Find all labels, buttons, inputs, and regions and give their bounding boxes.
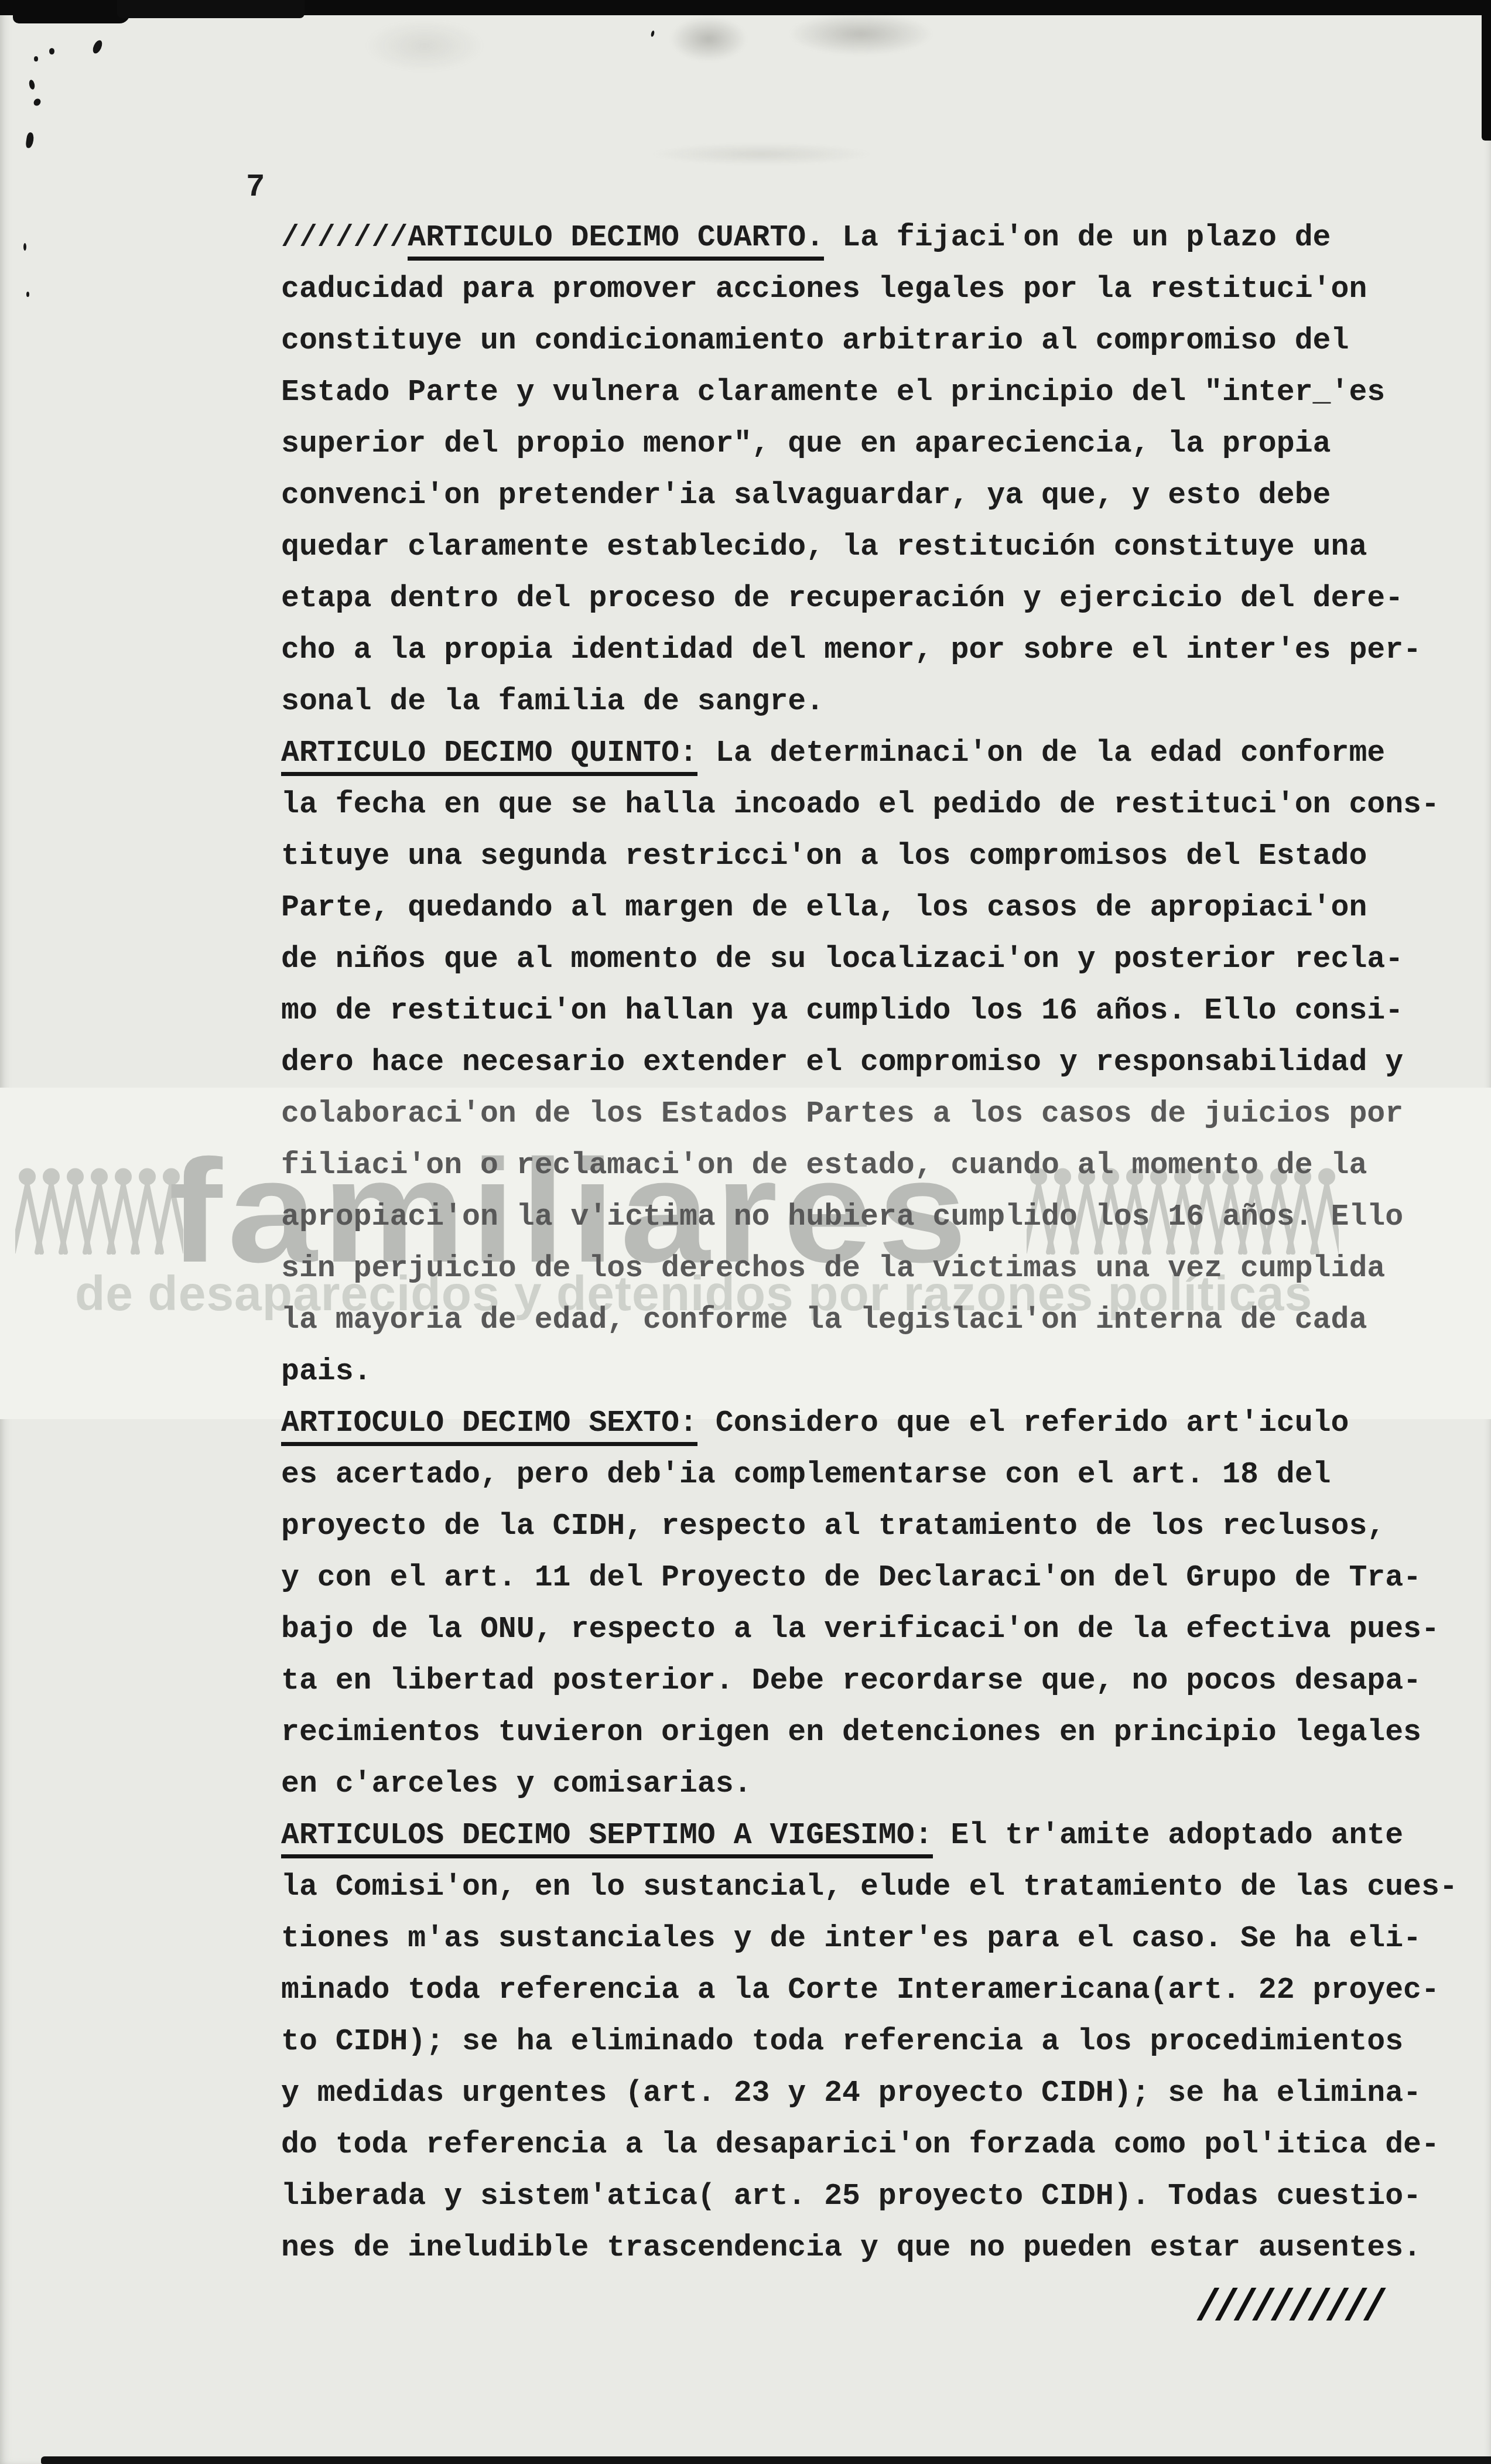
line-text: de niños que al momento de su localizaci… <box>281 942 1403 976</box>
scan-edge-top-blob <box>117 0 305 18</box>
document-line: proyecto de la CIDH, respecto al tratami… <box>281 1501 1482 1552</box>
document-line: de niños que al momento de su localizaci… <box>281 934 1482 985</box>
document-line: convenci'on pretender'ia salvaguardar, y… <box>281 470 1482 521</box>
document-line: dero hace necesario extender el compromi… <box>281 1037 1482 1088</box>
line-text: do toda referencia a la desaparici'on fo… <box>281 2128 1439 2162</box>
line-text: constituye un condicionamiento arbitrari… <box>281 324 1349 358</box>
document-line: etapa dentro del proceso de recuperación… <box>281 573 1482 624</box>
line-text: proyecto de la CIDH, respecto al tratami… <box>281 1509 1385 1543</box>
document-line: cho a la propia identidad del menor, por… <box>281 624 1482 676</box>
scan-smudge <box>346 11 504 81</box>
line-text: y medidas urgentes (art. 23 y 24 proyect… <box>281 2076 1421 2110</box>
line-text: convenci'on pretender'ia salvaguardar, y… <box>281 479 1331 512</box>
document-line: la fecha en que se halla incoado el pedi… <box>281 779 1482 831</box>
line-text: sin perjuicio de los derechos de la vict… <box>281 1252 1385 1286</box>
ink-speck <box>32 97 42 107</box>
document-line: ARTIOCULO DECIMO SEXTO: Considero que el… <box>281 1397 1482 1449</box>
line-text: Parte, quedando al margen de ella, los c… <box>281 891 1367 925</box>
document-line: ARTICULO DECIMO QUINTO: La determinaci'o… <box>281 727 1482 779</box>
line-text: dero hace necesario extender el compromi… <box>281 1045 1403 1079</box>
ink-speck <box>26 292 29 297</box>
scan-smudge <box>615 139 908 169</box>
line-text: Estado Parte y vulnera claramente el pri… <box>281 375 1385 409</box>
line-text: to CIDH); se ha eliminado toda referenci… <box>281 2025 1403 2059</box>
line-text: la Comisi'on, en lo sustancial, elude el… <box>281 1870 1458 1904</box>
line-text: superior del propio menor", que en apare… <box>281 427 1331 461</box>
document-line: liberada y sistem'atica( art. 25 proyect… <box>281 2171 1482 2222</box>
document-line: recimientos tuvieron origen en detencion… <box>281 1707 1482 1758</box>
article-heading: ARTIOCULO DECIMO SEXTO: <box>281 1406 697 1446</box>
line-text: tiones m'as sustanciales y de inter'es p… <box>281 1922 1421 1956</box>
article-heading: ARTICULO DECIMO CUARTO. <box>408 221 824 261</box>
ink-speck <box>49 48 54 54</box>
line-text: la mayoria de edad, conforme la legislac… <box>281 1303 1367 1337</box>
document-line: do toda referencia a la desaparici'on fo… <box>281 2119 1482 2171</box>
scan-edge-bottom <box>41 2456 1491 2464</box>
document-line: la mayoria de edad, conforme la legislac… <box>281 1294 1482 1346</box>
line-text: Considero que el referido art'iculo <box>697 1406 1349 1440</box>
document-line: caducidad para promover acciones legales… <box>281 264 1482 315</box>
document-line: Estado Parte y vulnera claramente el pri… <box>281 367 1482 418</box>
line-text: caducidad para promover acciones legales… <box>281 272 1367 306</box>
article-heading: ARTICULO DECIMO QUINTO: <box>281 736 697 776</box>
document-line: ta en libertad posterior. Debe recordars… <box>281 1655 1482 1707</box>
document-line: nes de ineludible trascendencia y que no… <box>281 2222 1482 2274</box>
document-line: sin perjuicio de los derechos de la vict… <box>281 1243 1482 1294</box>
document-line: filiaci'on o reclamaci'on de estado, cua… <box>281 1140 1482 1191</box>
line-text: La fijaci'on de un plazo de <box>824 221 1331 255</box>
ink-speck <box>34 56 38 61</box>
line-text: pais. <box>281 1355 372 1389</box>
line-text: tituye una segunda restricci'on a los co… <box>281 839 1367 873</box>
paper-doll-chain-icon <box>15 1167 183 1255</box>
line-text: bajo de la ONU, respecto a la verificaci… <box>281 1612 1439 1646</box>
ink-speck <box>23 243 26 251</box>
ink-speck <box>28 79 35 90</box>
line-text: sonal de la familia de sangre. <box>281 685 824 719</box>
text-block: ///////ARTICULO DECIMO CUARTO. La fijaci… <box>281 212 1482 2274</box>
document-line: Parte, quedando al margen de ella, los c… <box>281 882 1482 934</box>
line-text: recimientos tuvieron origen en detencion… <box>281 1715 1421 1749</box>
document-line: bajo de la ONU, respecto a la verificaci… <box>281 1604 1482 1655</box>
document-line: la Comisi'on, en lo sustancial, elude el… <box>281 1861 1482 1913</box>
document-line: pais. <box>281 1346 1482 1397</box>
document-line: en c'arceles y comisarias. <box>281 1758 1482 1810</box>
line-text: y con el art. 11 del Proyecto de Declara… <box>281 1561 1421 1595</box>
ink-speck <box>25 132 35 148</box>
line-text: quedar claramente establecido, la restit… <box>281 530 1367 564</box>
document-line: ARTICULOS DECIMO SEPTIMO A VIGESIMO: El … <box>281 1810 1482 1861</box>
line-text: etapa dentro del proceso de recuperación… <box>281 582 1403 616</box>
line-text: mo de restituci'on hallan ya cumplido lo… <box>281 994 1403 1028</box>
document-line: superior del propio menor", que en apare… <box>281 418 1482 470</box>
line-text: es acertado, pero deb'ia complementarse … <box>281 1458 1331 1492</box>
document-line: minado toda referencia a la Corte Intera… <box>281 1964 1482 2016</box>
trailing-slashes: ////////// <box>1195 2283 1380 2333</box>
document-line: mo de restituci'on hallan ya cumplido lo… <box>281 985 1482 1037</box>
line-text: ta en libertad posterior. Debe recordars… <box>281 1664 1421 1698</box>
document-line: sonal de la familia de sangre. <box>281 676 1482 727</box>
scanned-document-page: familiares de desaparecidos y detenidos … <box>0 0 1491 2464</box>
document-line: tituye una segunda restricci'on a los co… <box>281 831 1482 882</box>
scan-edge-right <box>1482 0 1491 141</box>
document-line: apropiaci'on la v'ictima no hubiera cump… <box>281 1191 1482 1243</box>
document-line: colaboraci'on de los Estados Partes a lo… <box>281 1088 1482 1140</box>
line-text: colaboraci'on de los Estados Partes a lo… <box>281 1097 1403 1131</box>
line-text: en c'arceles y comisarias. <box>281 1767 752 1801</box>
document-line: ///////ARTICULO DECIMO CUARTO. La fijaci… <box>281 212 1482 264</box>
document-line: es acertado, pero deb'ia complementarse … <box>281 1449 1482 1501</box>
document-line: y medidas urgentes (art. 23 y 24 proyect… <box>281 2067 1482 2119</box>
line-text: El tr'amite adoptado ante <box>933 1819 1404 1853</box>
scan-smudge <box>656 8 761 70</box>
line-text: filiaci'on o reclamaci'on de estado, cua… <box>281 1149 1367 1183</box>
article-heading: ARTICULOS DECIMO SEPTIMO A VIGESIMO: <box>281 1819 933 1858</box>
page-number: 7 <box>246 170 265 206</box>
line-text: la fecha en que se halla incoado el pedi… <box>281 788 1439 822</box>
strikeout-slashes: /////// <box>281 221 408 255</box>
line-text: cho a la propia identidad del menor, por… <box>281 633 1421 667</box>
document-line: tiones m'as sustanciales y de inter'es p… <box>281 1913 1482 1964</box>
ink-speck <box>91 39 104 54</box>
line-text: minado toda referencia a la Corte Intera… <box>281 1973 1439 2007</box>
line-text: La determinaci'on de la edad conforme <box>697 736 1385 770</box>
document-line: quedar claramente establecido, la restit… <box>281 521 1482 573</box>
document-line: y con el art. 11 del Proyecto de Declara… <box>281 1552 1482 1604</box>
document-line: constituye un condicionamiento arbitrari… <box>281 315 1482 367</box>
scan-edge-top-blob <box>13 0 130 23</box>
line-text: nes de ineludible trascendencia y que no… <box>281 2231 1421 2265</box>
line-text: apropiaci'on la v'ictima no hubiera cump… <box>281 1200 1403 1234</box>
ink-speck <box>651 30 655 37</box>
line-text: liberada y sistem'atica( art. 25 proyect… <box>281 2179 1421 2213</box>
document-line: to CIDH); se ha eliminado toda referenci… <box>281 2016 1482 2067</box>
